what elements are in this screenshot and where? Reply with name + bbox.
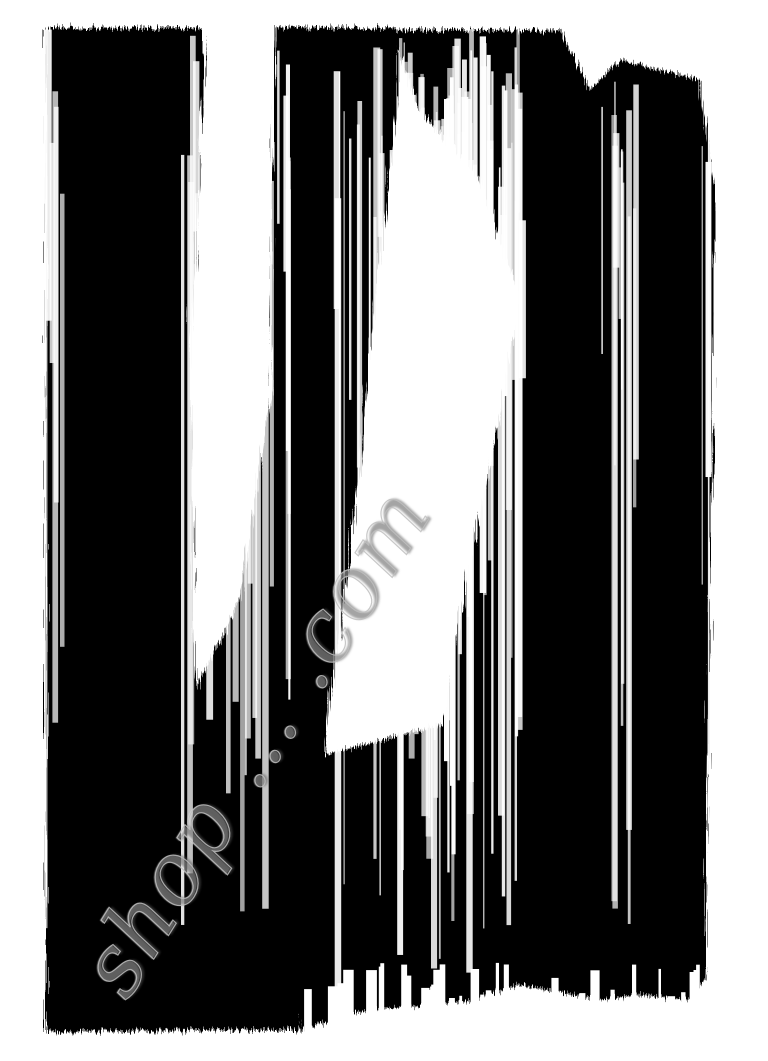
brush-strokes: [0, 0, 768, 1061]
brush-texture-image: shop … .com: [0, 0, 768, 1061]
